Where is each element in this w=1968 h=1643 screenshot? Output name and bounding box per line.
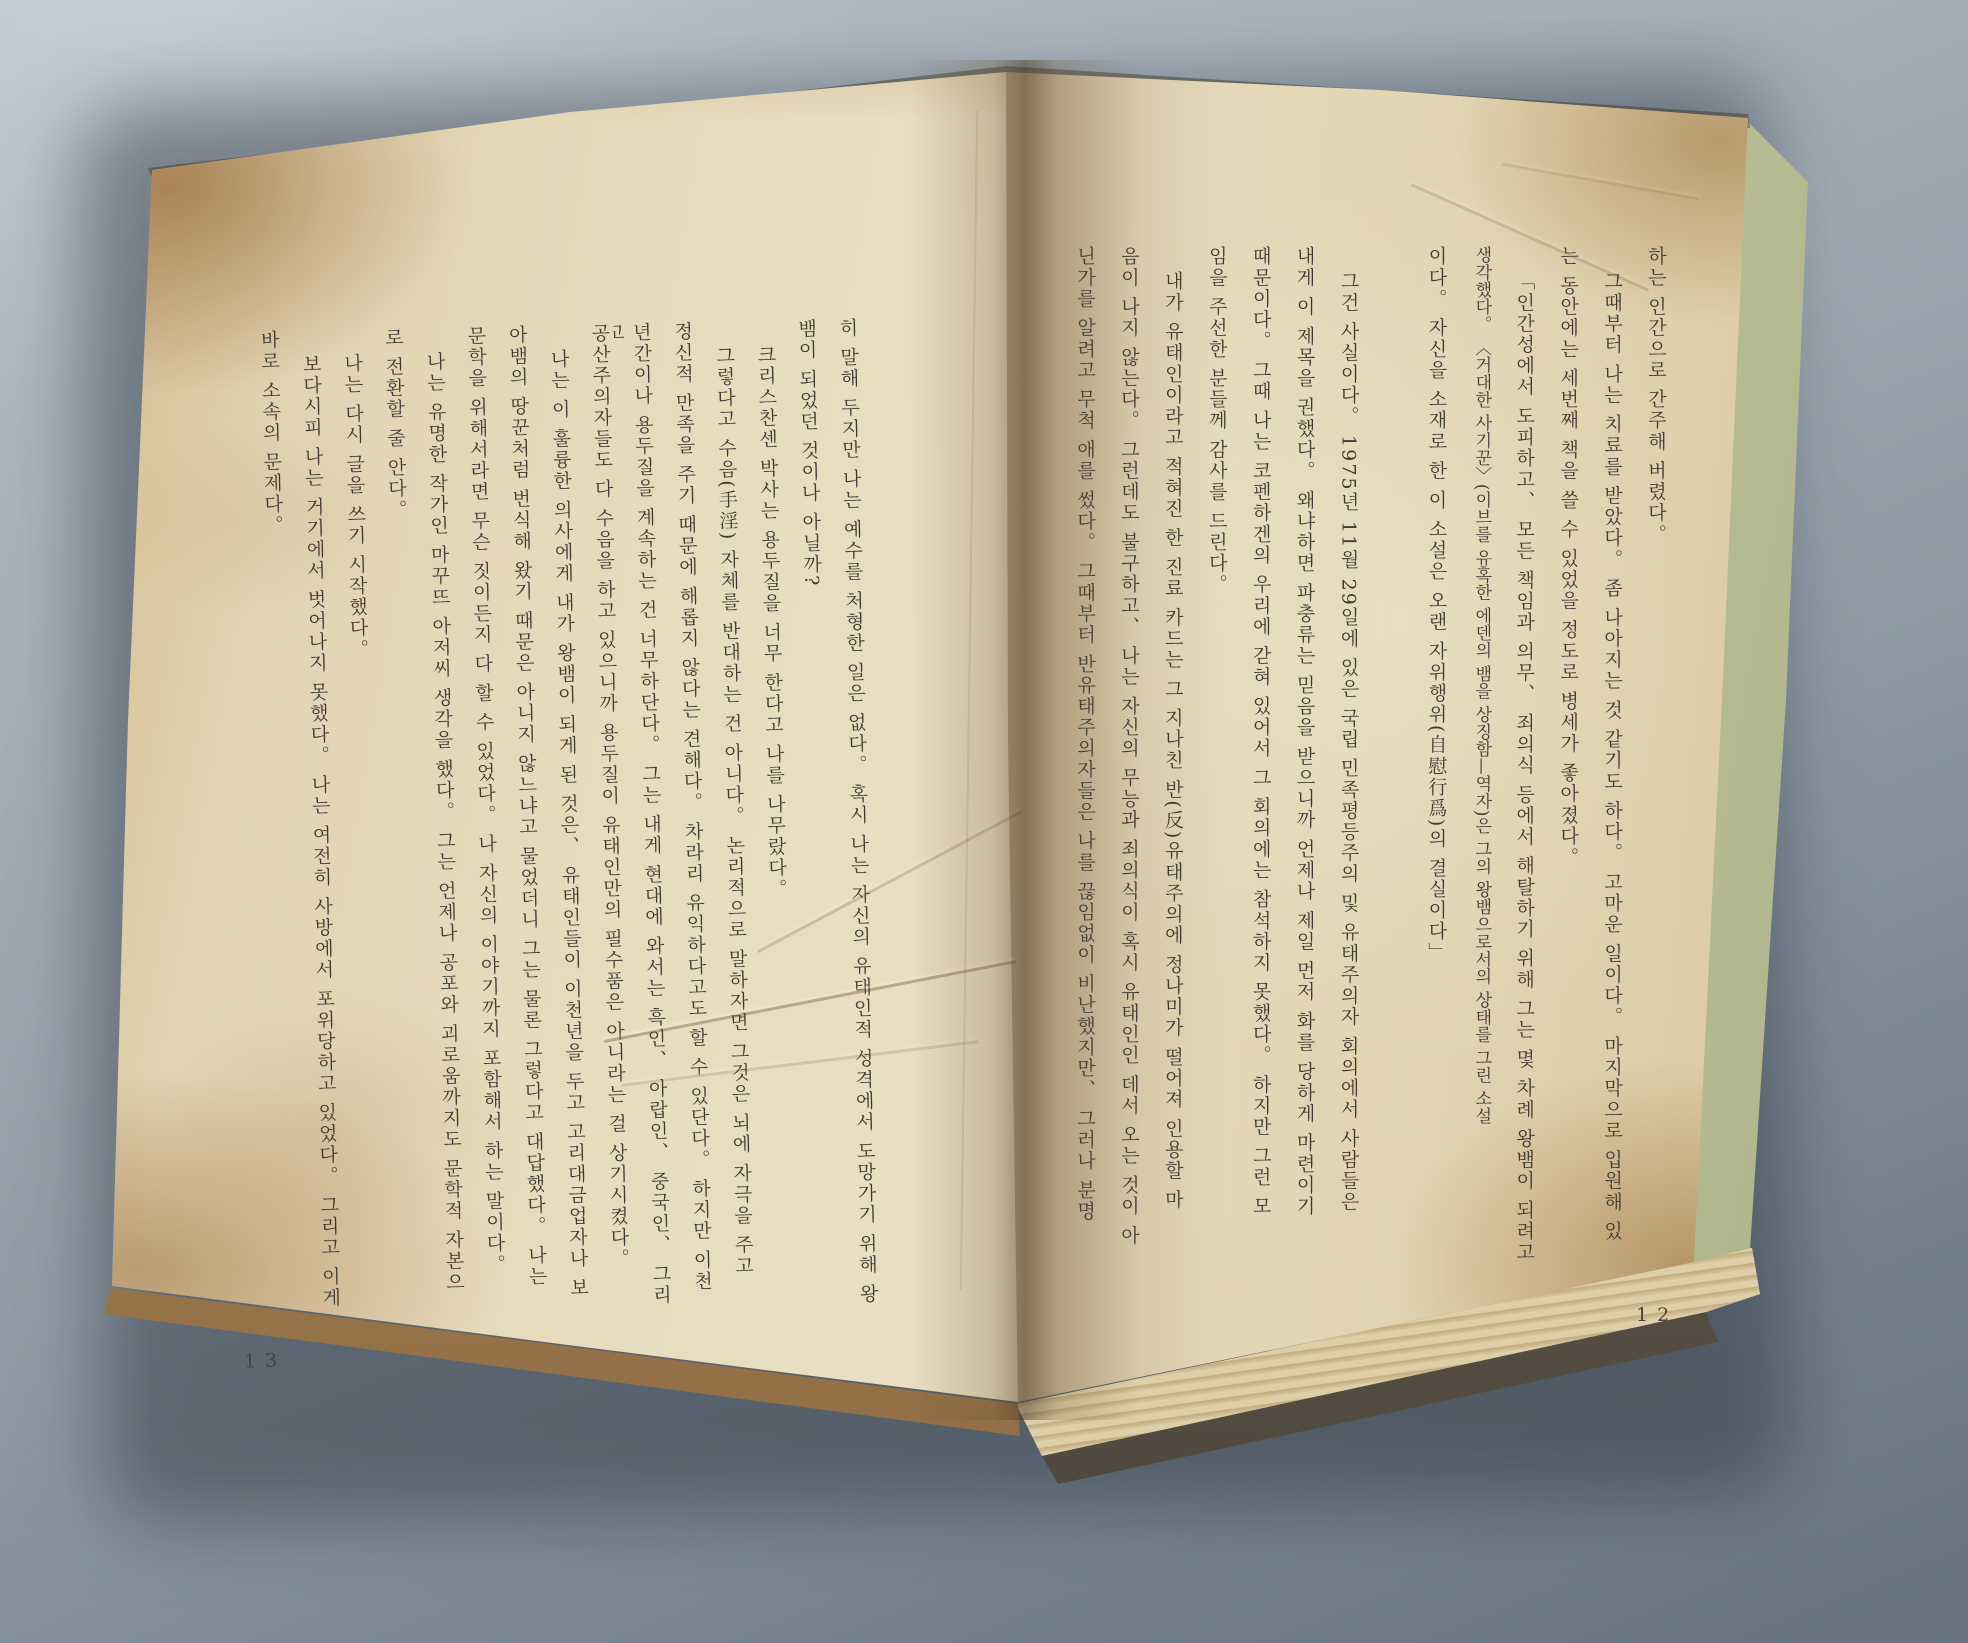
- text-column: 음이 나지 않는다。 그런데도 불구하고、 나는 자신의 무능과 죄의식이 혹시…: [1102, 246, 1143, 1310]
- text-column: 이다。 자신을 소재로 한 이 소설은 오랜 자위행위(自慰行爲)의 결실이다」: [1409, 246, 1450, 1310]
- right-page-number: 12: [1636, 1304, 1678, 1326]
- text-column: 닌가를 알려고 무척 애를 썼다。 그때부터 반유태주의자들은 나를 끊임없이 …: [1058, 246, 1099, 1310]
- column-gap: [1365, 246, 1406, 1310]
- left-page-text: 히 말해 두지만 나는 예수를 처형한 일은 없다。 혹시 나는 자신의 유태인…: [242, 318, 883, 1333]
- desk-surface: 하는 인간으로 간주해 버렸다。그때부터 나는 치료를 받았다。 좀 나아지는 …: [0, 0, 1968, 1643]
- text-column: 는 동안에는 세번째 책을 쓸 수 있었을 정도로 병세가 좋아졌다。: [1541, 246, 1582, 1310]
- text-column: 생각했다。 〈거대한 사기꾼〉(이브를 유혹한 에덴의 뱀을 상징함—역자)은 …: [1453, 246, 1494, 1310]
- right-page-text: 하는 인간으로 간주해 버렸다。그때부터 나는 치료를 받았다。 좀 나아지는 …: [1058, 246, 1670, 1310]
- text-column: 그건 사실이다。 1975년 11월 29일에 있은 국립 민족평등주의 및 유…: [1322, 246, 1363, 1335]
- text-column: 하는 인간으로 간주해 버렸다。: [1629, 246, 1670, 1310]
- text-column: 임을 주선한 분들께 감사를 드린다。: [1190, 246, 1231, 1310]
- open-book: 하는 인간으로 간주해 버렸다。그때부터 나는 치료를 받았다。 좀 나아지는 …: [0, 0, 1968, 1643]
- text-column: 내가 유태인이라고 적혀진 한 진료 카드는 그 지나친 반(反)유태주의에 정…: [1146, 246, 1187, 1335]
- text-column: 때문이다。 그때 나는 코펜하겐의 우리에 갇혀 있어서 그 회의에는 참석하지…: [1234, 246, 1275, 1310]
- text-column: 그때부터 나는 치료를 받았다。 좀 나아지는 것 같기도 하다。 고마운 일이…: [1585, 246, 1626, 1335]
- left-page-number: 13: [244, 1349, 287, 1372]
- text-column: 「인간성에서 도피하고、 모든 책임과 의무、 죄의식 등에서 해탈하기 위해 …: [1497, 246, 1538, 1335]
- text-column: 내게 이 제목을 권했다。 왜냐하면 파충류는 믿음을 받으니까 언제나 제일 …: [1278, 246, 1319, 1310]
